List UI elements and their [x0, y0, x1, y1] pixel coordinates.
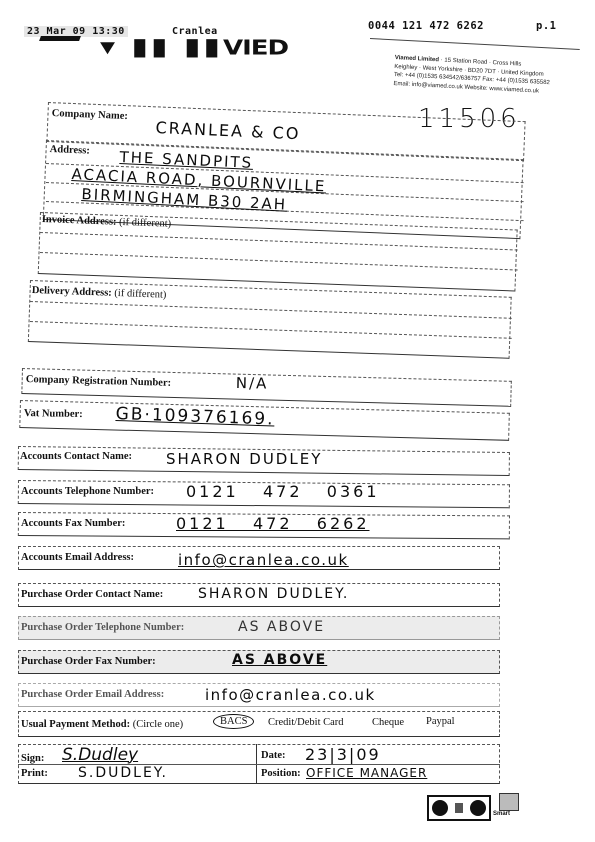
certification-badge-icon: [427, 795, 491, 821]
po-fax-value[interactable]: AS ABOVE: [232, 652, 327, 668]
payment-option-paypal[interactable]: Paypal: [426, 716, 455, 727]
payment-option-cheque[interactable]: Cheque: [372, 717, 404, 728]
position-label: Position:: [261, 768, 301, 779]
badge-circle-icon: [470, 800, 486, 816]
smart-logo: Smart: [493, 793, 523, 817]
po-telephone-value[interactable]: AS ABOVE: [238, 619, 325, 635]
accounts-email-label: Accounts Email Address:: [21, 552, 134, 563]
accounts-contact-value[interactable]: SHARON DUDLEY: [166, 450, 322, 468]
accounts-fax-value[interactable]: 0121 472 6262: [176, 514, 370, 533]
date-value[interactable]: 23|3|09: [305, 745, 381, 764]
po-email-label: Purchase Order Email Address:: [21, 689, 164, 700]
position-value[interactable]: OFFICE MANAGER: [306, 766, 427, 780]
payment-option-card[interactable]: Credit/Debit Card: [268, 717, 344, 728]
accounts-contact-label: Accounts Contact Name:: [20, 451, 132, 462]
po-email-value[interactable]: info@cranlea.co.uk: [205, 686, 376, 704]
print-label: Print:: [21, 768, 48, 779]
crown-icon: [455, 803, 463, 813]
accounts-telephone-value[interactable]: 0121 472 0361: [186, 482, 380, 501]
print-value[interactable]: S.DUDLEY.: [78, 765, 168, 781]
vat-label: Vat Number:: [24, 408, 83, 420]
sign-label: Sign:: [21, 753, 44, 764]
po-contact-label: Purchase Order Contact Name:: [21, 589, 163, 600]
po-fax-label: Purchase Order Fax Number:: [21, 656, 156, 667]
badge-circle-icon: [432, 800, 448, 816]
sign-value[interactable]: S.Dudley: [62, 745, 138, 765]
accounts-fax-label: Accounts Fax Number:: [21, 518, 125, 529]
po-contact-value[interactable]: SHARON DUDLEY.: [198, 586, 349, 602]
account-form: Company Name: CRANLEA & CO Address: THE …: [0, 0, 595, 842]
payment-label: Usual Payment Method: (Circle one): [21, 719, 183, 730]
accounts-email-value[interactable]: info@cranlea.co.uk: [178, 551, 349, 569]
accounts-telephone-label: Accounts Telephone Number:: [21, 486, 154, 497]
po-telephone-label: Purchase Order Telephone Number:: [21, 622, 184, 633]
smart-figure-icon: [499, 793, 519, 811]
date-label: Date:: [261, 750, 286, 761]
registration-value[interactable]: N/A: [236, 374, 269, 393]
address-label: Address:: [50, 144, 90, 157]
